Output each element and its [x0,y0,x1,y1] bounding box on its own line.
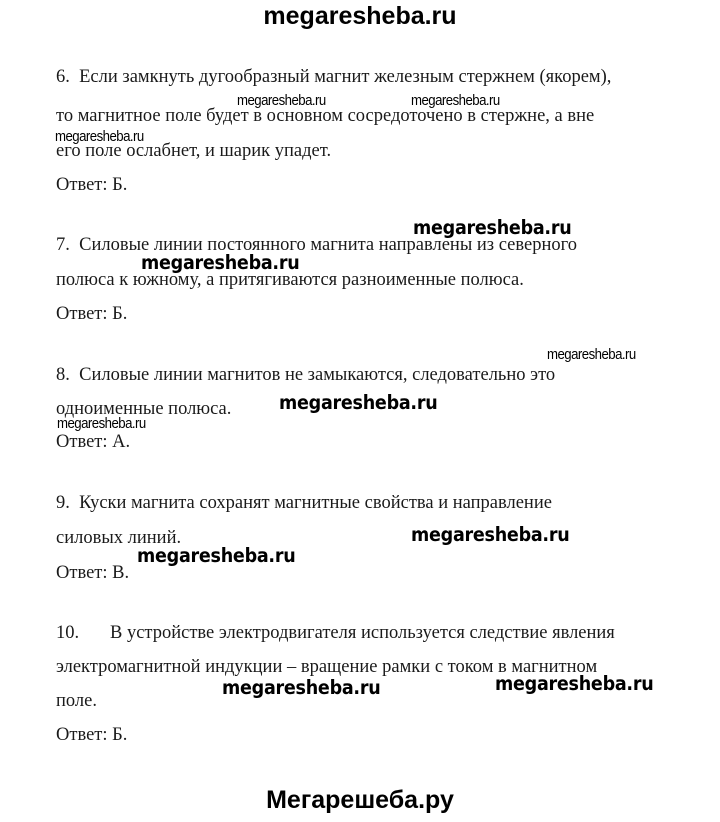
watermark: megaresheba.ru [57,416,146,431]
answer-9-line-1: 9. Куски магнита сохранят магнитные свой… [56,494,552,513]
answer-8-result: Ответ: А. [56,433,130,452]
answer-10-result: Ответ: Б. [56,726,127,745]
answer-9-result: Ответ: В. [56,564,129,583]
answer-7-number: 7. [56,236,70,255]
answer-10-line-1: 10.В устройстве электродвигателя использ… [56,624,615,643]
watermark: megaresheba.ru [411,525,569,545]
watermark: megaresheba.ru [413,218,571,238]
answer-9-number: 9. [56,494,70,513]
watermark: megaresheba.ru [279,393,437,413]
site-header-title: megaresheba.ru [0,2,720,31]
answer-7-result: Ответ: Б. [56,305,127,324]
answer-8-text-1: Силовые линии магнитов не замыкаются, сл… [79,365,555,385]
answer-9-text-1: Куски магнита сохранят магнитные свойств… [79,493,552,513]
watermark: megaresheba.ru [222,678,380,698]
watermark: megaresheba.ru [237,93,326,108]
site-footer-title: Мегарешеба.ру [0,786,720,815]
answer-10-number: 10. [56,624,110,643]
watermark: megaresheba.ru [55,129,144,144]
answer-10-line-3: поле. [56,692,97,711]
answer-8-line-1: 8. Силовые линии магнитов не замыкаются,… [56,366,555,385]
watermark: megaresheba.ru [137,546,295,566]
answer-6-text-1: Если замкнуть дугообразный магнит железн… [79,67,611,87]
watermark: megaresheba.ru [495,674,653,694]
watermark: megaresheba.ru [547,347,636,362]
answer-6-line-2: то магнитное поле будет в основном сосре… [56,107,594,126]
watermark: megaresheba.ru [411,93,500,108]
answer-8-number: 8. [56,366,70,385]
answer-6-number: 6. [56,68,70,87]
answer-6-line-1: 6. Если замкнуть дугообразный магнит жел… [56,68,611,87]
answer-10-text-1: В устройстве электродвигателя использует… [110,623,615,643]
answer-6-result: Ответ: Б. [56,176,127,195]
watermark: megaresheba.ru [141,253,299,273]
